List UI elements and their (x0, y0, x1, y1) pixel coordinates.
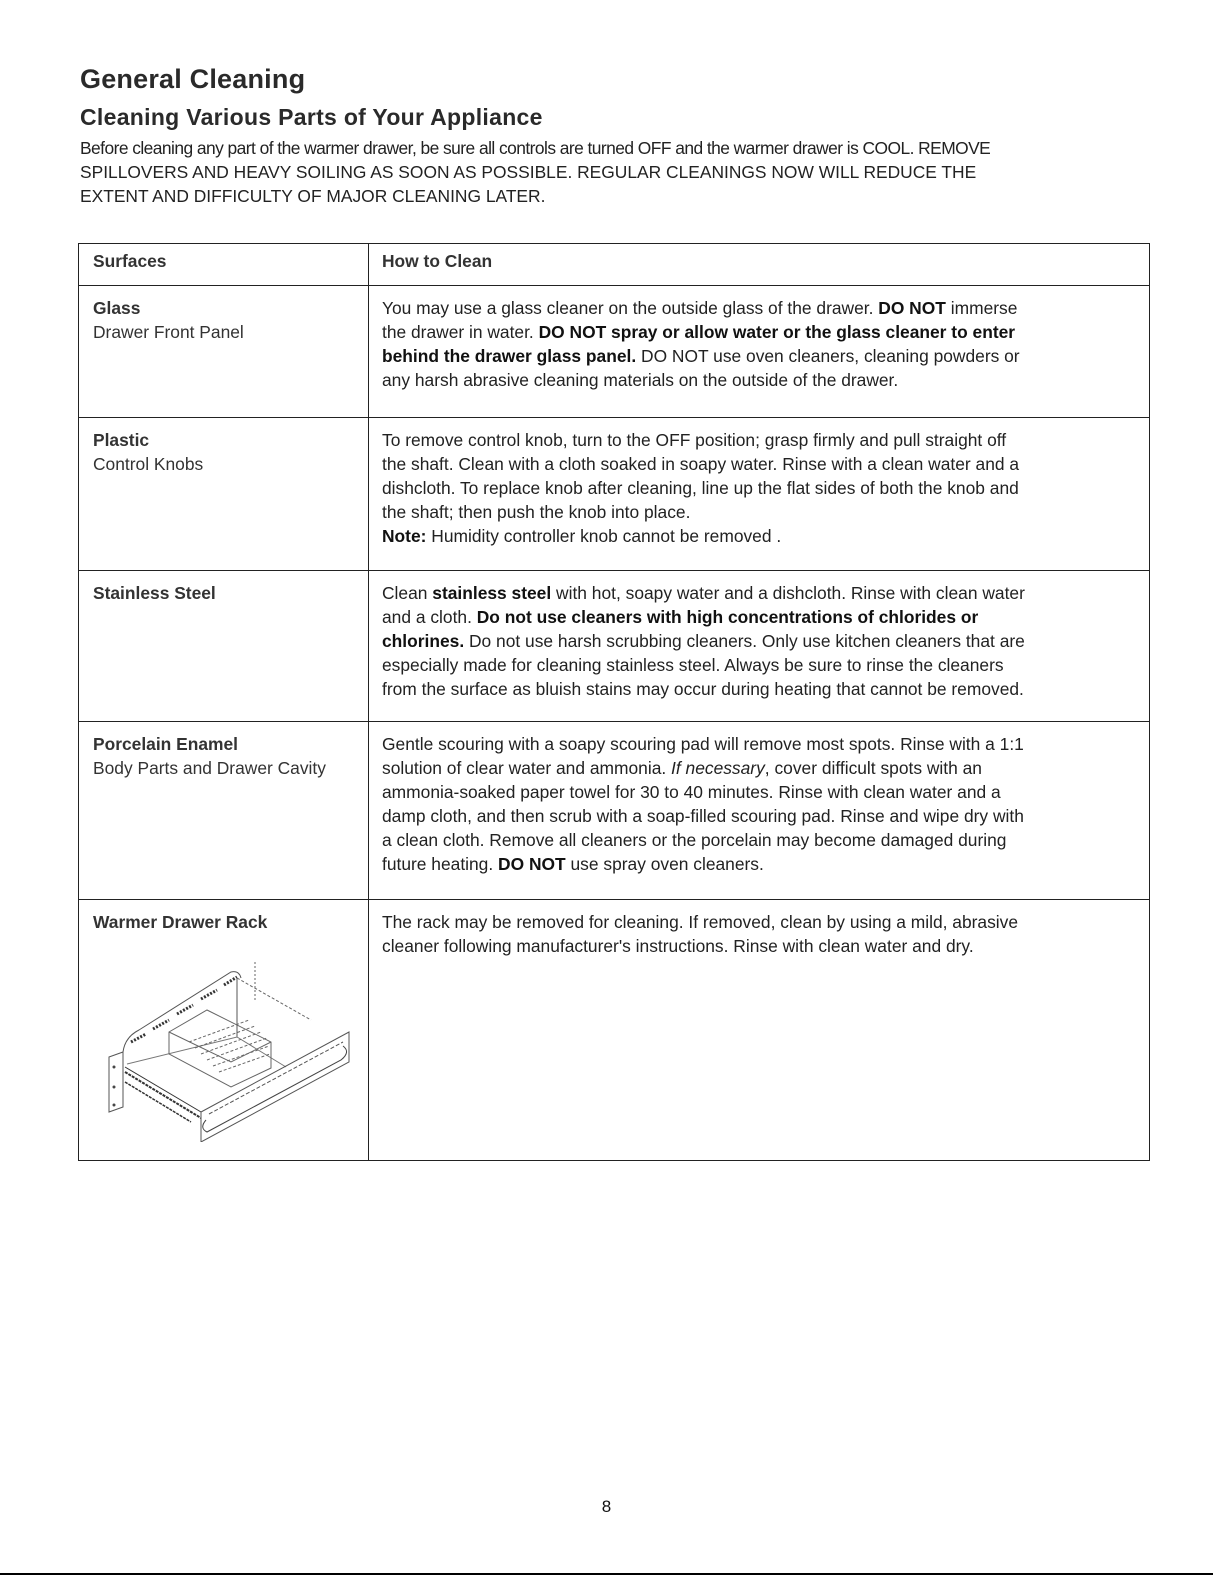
instruction-line: The rack may be removed for cleaning. If… (382, 910, 1137, 934)
instruction-line: from the surface as bluish stains may oc… (382, 677, 1137, 701)
text-run: ammonia-soaked paper towel for 30 to 40 … (382, 782, 1001, 802)
how-to-clean-cell: The rack may be removed for cleaning. If… (369, 900, 1150, 1161)
instruction-line: solution of clear water and ammonia. If … (382, 756, 1137, 780)
surface-name: Glass (93, 296, 368, 320)
text-run: dishcloth. To replace knob after cleanin… (382, 478, 1019, 498)
text-run: DO NOT use oven cleaners, cleaning powde… (636, 346, 1019, 366)
text-run: Do not use harsh scrubbing cleaners. Onl… (464, 631, 1025, 651)
text-run: the shaft; then push the knob into place… (382, 502, 690, 522)
emphasis-bold: Do not use cleaners with high concentrat… (477, 607, 979, 627)
emphasis-italic: If necessary (671, 758, 765, 778)
table-row: Stainless Steel Clean stainless steel wi… (79, 571, 1150, 722)
text-run: with hot, soapy water and a dishcloth. R… (551, 583, 1025, 603)
section-subtitle: Cleaning Various Parts of Your Appliance (80, 104, 543, 131)
text-run: a clean cloth. Remove all cleaners or th… (382, 830, 1006, 850)
instruction-line: and a cloth. Do not use cleaners with hi… (382, 605, 1137, 629)
text-run: any harsh abrasive cleaning materials on… (382, 370, 898, 390)
emphasis-bold: DO NOT (498, 854, 566, 874)
text-run: Clean (382, 583, 432, 603)
text-run: Gentle scouring with a soapy scouring pa… (382, 734, 1024, 754)
instruction-line: especially made for cleaning stainless s… (382, 653, 1137, 677)
how-to-clean-cell: To remove control knob, turn to the OFF … (369, 418, 1150, 571)
text-run: from the surface as bluish stains may oc… (382, 679, 1024, 699)
instruction-line: Note: Humidity controller knob cannot be… (382, 524, 1137, 548)
emphasis-bold: behind the drawer glass panel. (382, 346, 636, 366)
emphasis-bold: DO NOT (878, 298, 946, 318)
text-run: the shaft. Clean with a cloth soaked in … (382, 454, 1019, 474)
text-run: damp cloth, and then scrub with a soap-f… (382, 806, 1024, 826)
surface-cell: Stainless Steel (79, 571, 369, 722)
intro-line: SPILLOVERS AND HEAVY SOILING AS SOON AS … (80, 160, 1155, 184)
emphasis-bold: chlorines. (382, 631, 464, 651)
text-run: especially made for cleaning stainless s… (382, 655, 1004, 675)
warmer-drawer-rack-illustration (91, 942, 351, 1142)
instruction-line: behind the drawer glass panel. DO NOT us… (382, 344, 1137, 368)
table-row: Plastic Control Knobs To remove control … (79, 418, 1150, 571)
text-run: You may use a glass cleaner on the outsi… (382, 298, 878, 318)
instruction-line: cleaner following manufacturer's instruc… (382, 934, 1137, 958)
table-row: Glass Drawer Front Panel You may use a g… (79, 286, 1150, 418)
instruction-line: any harsh abrasive cleaning materials on… (382, 368, 1137, 392)
text-run: The rack may be removed for cleaning. If… (382, 912, 1018, 932)
text-run: To remove control knob, turn to the OFF … (382, 430, 1006, 450)
text-run: immerse (946, 298, 1018, 318)
instruction-line: Clean stainless steel with hot, soapy wa… (382, 581, 1137, 605)
instruction-line: damp cloth, and then scrub with a soap-f… (382, 804, 1137, 828)
surface-detail: Drawer Front Panel (93, 320, 368, 344)
text-run: future heating. (382, 854, 498, 874)
text-run: Humidity controller knob cannot be remov… (426, 526, 781, 546)
surface-cell: Warmer Drawer Rack (79, 900, 369, 1161)
instruction-line: chlorines. Do not use harsh scrubbing cl… (382, 629, 1137, 653)
table-header-row: Surfaces How to Clean (79, 244, 1150, 286)
surface-cell: Glass Drawer Front Panel (79, 286, 369, 418)
how-to-clean-cell: Gentle scouring with a soapy scouring pa… (369, 722, 1150, 900)
text-run: cleaner following manufacturer's instruc… (382, 936, 974, 956)
table-row: Warmer Drawer Rack (79, 900, 1150, 1161)
surface-cell: Plastic Control Knobs (79, 418, 369, 571)
text-run: and a cloth. (382, 607, 477, 627)
emphasis-bold: stainless steel (432, 583, 551, 603)
instruction-line: the shaft. Clean with a cloth soaked in … (382, 452, 1137, 476)
instruction-line: future heating. DO NOT use spray oven cl… (382, 852, 1137, 876)
surface-name: Porcelain Enamel (93, 732, 368, 756)
column-header-surfaces: Surfaces (79, 244, 369, 286)
column-header-how-to-clean: How to Clean (369, 244, 1150, 286)
emphasis-bold: Note: (382, 526, 426, 546)
intro-paragraph: Before cleaning any part of the warmer d… (80, 136, 1155, 208)
instruction-line: the shaft; then push the knob into place… (382, 500, 1137, 524)
instruction-line: the drawer in water. DO NOT spray or all… (382, 320, 1137, 344)
instruction-line: Gentle scouring with a soapy scouring pa… (382, 732, 1137, 756)
text-run: , cover difficult spots with an (765, 758, 982, 778)
text-run: solution of clear water and ammonia. (382, 758, 671, 778)
surface-detail: Control Knobs (93, 452, 368, 476)
how-to-clean-cell: You may use a glass cleaner on the outsi… (369, 286, 1150, 418)
instruction-line: dishcloth. To replace knob after cleanin… (382, 476, 1137, 500)
surface-name: Warmer Drawer Rack (93, 910, 368, 934)
instruction-line: To remove control knob, turn to the OFF … (382, 428, 1137, 452)
page-title: General Cleaning (80, 64, 305, 95)
surface-name: Plastic (93, 428, 368, 452)
surface-cell: Porcelain Enamel Body Parts and Drawer C… (79, 722, 369, 900)
intro-line: Before cleaning any part of the warmer d… (80, 136, 1155, 160)
intro-line: EXTENT AND DIFFICULTY OF MAJOR CLEANING … (80, 184, 1155, 208)
page-number: 8 (0, 1497, 1213, 1517)
instruction-line: You may use a glass cleaner on the outsi… (382, 296, 1137, 320)
surface-name: Stainless Steel (93, 581, 368, 605)
emphasis-bold: DO NOT spray or allow water or the glass… (539, 322, 1015, 342)
table-row: Porcelain Enamel Body Parts and Drawer C… (79, 722, 1150, 900)
surface-detail: Body Parts and Drawer Cavity (93, 756, 368, 780)
cleaning-table: Surfaces How to Clean Glass Drawer Front… (78, 243, 1150, 1161)
text-run: the drawer in water. (382, 322, 539, 342)
text-run: use spray oven cleaners. (566, 854, 764, 874)
instruction-line: a clean cloth. Remove all cleaners or th… (382, 828, 1137, 852)
how-to-clean-cell: Clean stainless steel with hot, soapy wa… (369, 571, 1150, 722)
instruction-line: ammonia-soaked paper towel for 30 to 40 … (382, 780, 1137, 804)
